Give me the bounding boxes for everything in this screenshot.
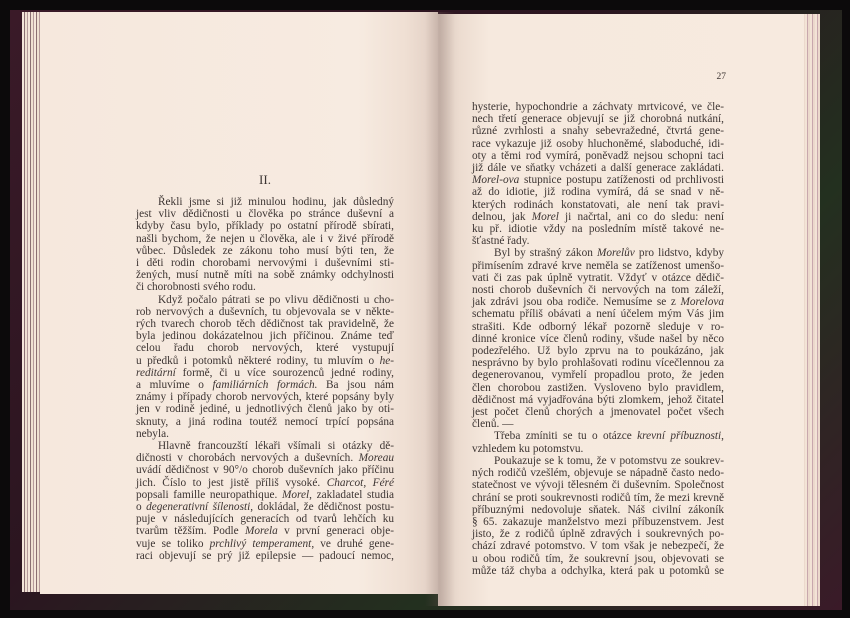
text-line: Když počalo pátrati se po vlivu dědičnos… — [136, 294, 394, 306]
text-line: nesprávno by bylo prohlašovati rodinu ví… — [472, 357, 724, 369]
text-line: až do idiotie, již rodina vymírá, dá se … — [472, 186, 724, 198]
text-line: podezřelého. Už bylo zprvu na to poukázá… — [472, 345, 724, 357]
text-line: vůbec. Důsledek ze zákonu toho musí býti… — [136, 245, 394, 257]
text-line: race vykazuje již osoby hluchoněmé, slab… — [472, 138, 724, 150]
text-line: a mluvíme o familiárních formách. Ba jso… — [136, 379, 394, 391]
text-line: tvarům těžším. Podle Morela v první gene… — [136, 525, 394, 537]
text-line: Třeba zmíniti se tu o otázce krevní příb… — [472, 430, 724, 442]
text-line: schematu příliš obávati a není účelem mý… — [472, 308, 724, 320]
text-line: chází zdravé potomstvo. V tom však je ne… — [472, 540, 724, 552]
text-line: nosti chorob duševních či nervových na t… — [472, 284, 724, 296]
text-line: žených, musí nutně míti na sobě známky o… — [136, 269, 394, 281]
text-line: o degenerativní šílenosti, dokládal, že … — [136, 501, 394, 513]
text-line: jich. Číslo to jest jistě příliš vysoké.… — [136, 477, 394, 489]
text-line: členů. — — [472, 418, 724, 430]
page-number: 27 — [706, 72, 726, 82]
text-line: či chorobnosti svého rodu. — [136, 281, 394, 293]
text-line: může táž chyba a odchylka, která pak u p… — [472, 565, 724, 577]
text-line: kterých rodinách konstatovati, ale není … — [472, 199, 724, 211]
text-line: Hlavně francouzští lékaři všímali si otá… — [136, 440, 394, 452]
text-line: hysterie, hypochondrie a záchvaty mrtvic… — [472, 101, 724, 113]
text-line: nech třetí generace objevují se již chor… — [472, 113, 724, 125]
text-line: známy i případy chorob nervových, které … — [136, 391, 394, 403]
left-page-text: Řekli jsme si již minulou hodinu, jak dů… — [136, 196, 394, 562]
text-line: příbuznými nedovoluje sňatek. Náš civiln… — [472, 504, 724, 516]
text-line: různé zvrhlosti a snahy sebevražedné, čt… — [472, 125, 724, 137]
text-line: statečnost ve vývoji tělesném či duševní… — [472, 479, 724, 491]
text-line: ných rodičů vzešlém, objevuje se nápadně… — [472, 467, 724, 479]
text-line: rých tvarech chorob těch dědičnost tak p… — [136, 318, 394, 330]
text-line: oty a těmi rod vymírá, poněvadž nejsou s… — [472, 150, 724, 162]
text-line: jest počet členů chorých a jmenovatel po… — [472, 406, 724, 418]
text-line: puje v následujících generacích od tvarů… — [136, 513, 394, 525]
text-line: jest vliv dědičnosti u člověka po stránc… — [136, 208, 394, 220]
text-line: vzhledem ku potomstvu. — [472, 443, 724, 455]
text-line: přimísením zdravé krve neměla se zatížen… — [472, 260, 724, 272]
text-line: nebyla. — [136, 428, 394, 440]
text-line: kdyby času bylo, příklady po ostatní pří… — [136, 220, 394, 232]
text-line: Řekli jsme si již minulou hodinu, jak dů… — [136, 196, 394, 208]
text-line: vuje se toliko prchlivý temperament, ve … — [136, 538, 394, 550]
text-line: § 65. zakazuje manželstvo mezi příbuzens… — [472, 516, 724, 528]
right-page-text: hysterie, hypochondrie a záchvaty mrtvic… — [472, 101, 724, 577]
text-line: dědičnost má vyjadřována býti zlomkem, j… — [472, 394, 724, 406]
text-line: jak zdrávi jsou oba rodiče. Nemusíme se … — [472, 296, 724, 308]
text-line: dičnosti v chorobách nervových a duševní… — [136, 452, 394, 464]
chapter-heading: II. — [136, 172, 394, 188]
text-line: dinné kronice více členů rodiny, všude n… — [472, 333, 724, 345]
book-gutter — [425, 12, 455, 606]
text-line: ku př. idiotie vždy na posledním místě t… — [472, 223, 724, 235]
text-line: delnou, jak Morel ji načrtal, ani co do … — [472, 211, 724, 223]
text-line: jisto, že z rodičů úplně zdravých i souk… — [472, 528, 724, 540]
text-line: člen chorobou zastižen. Vysloveno bylo p… — [472, 382, 724, 394]
text-line: reditární formě, či u více sourozenců je… — [136, 367, 394, 379]
text-line: celou řadu chorob nervových, které vystu… — [136, 342, 394, 354]
text-line: sknuty, a jiná rodina toutéž nemocí trpí… — [136, 416, 394, 428]
text-line: jen v rodině jediné, u jednotlivých člen… — [136, 403, 394, 415]
text-line: Morel-ova stupnice postupu zatíženosti o… — [472, 174, 724, 186]
text-line: strašiti. Kde odborný lékař pozorně sled… — [472, 321, 724, 333]
text-line: uvádí dědičnost v 90°/o chorob duševních… — [136, 464, 394, 476]
text-line: již dále ve sňatky vcházeti a další gene… — [472, 162, 724, 174]
text-line: šťastné řady. — [472, 235, 724, 247]
text-line: degenerovanou, vymřelí propadlou proto, … — [472, 369, 724, 381]
text-line: našli bychom, že nejen u člověka, ale i … — [136, 233, 394, 245]
text-line: Poukazuje se k tomu, že v potomstvu ze s… — [472, 455, 724, 467]
text-line: rob nervových a duševních, tu objevovala… — [136, 306, 394, 318]
text-line: popsali famille neuropathique. Morel, za… — [136, 489, 394, 501]
text-line: vati či zas pak úplně vytratit. Vždyť v … — [472, 272, 724, 284]
text-line: byla jedinou dokázatelnou jich příčinou.… — [136, 330, 394, 342]
text-line: i děti rodin chorobami nervovými i dušev… — [136, 257, 394, 269]
text-line: chrání se proti soukrevnosti rodičů tím,… — [472, 492, 724, 504]
text-line: u předků i potomků některé rodiny, tu ml… — [136, 355, 394, 367]
text-line: raci objevují se prý již epilepsie — pad… — [136, 550, 394, 562]
text-line: u obou rodičů tím, že soukrevní jsou, ob… — [472, 553, 724, 565]
text-line: Byl by strašný zákon Morelův pro lidstvo… — [472, 247, 724, 259]
